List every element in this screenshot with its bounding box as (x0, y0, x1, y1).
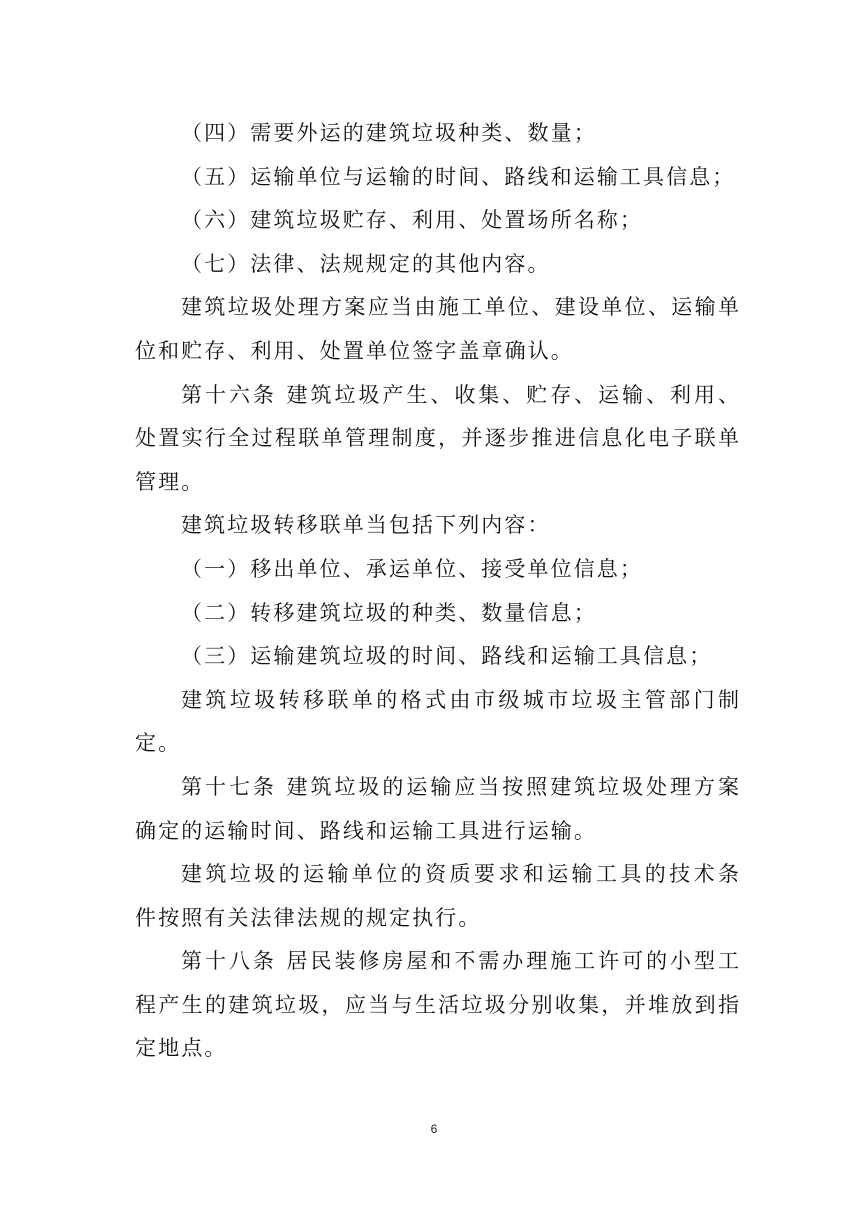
article-18-heading-line: 第十八条 居民装修房屋和不需办理施工许可的小型工 (135, 940, 739, 984)
list-item-5: （五）运输单位与运输的时间、路线和运输工具信息； (135, 156, 739, 200)
paragraph-line: 确定的运输时间、路线和运输工具进行运输。 (135, 810, 739, 854)
paragraph-line: 定地点。 (135, 1027, 739, 1071)
article-16-heading-line: 第十六条 建筑垃圾产生、收集、贮存、运输、利用、 (135, 374, 739, 418)
paragraph-line: 管理。 (135, 461, 739, 505)
document-page: （四）需要外运的建筑垃圾种类、数量； （五）运输单位与运输的时间、路线和运输工具… (0, 0, 868, 1227)
list-item-6: （六）建筑垃圾贮存、利用、处置场所名称； (135, 199, 739, 243)
article-17-heading-line: 第十七条 建筑垃圾的运输应当按照建筑垃圾处理方案 (135, 766, 739, 810)
paragraph-line: 建筑垃圾处理方案应当由施工单位、建设单位、运输单 (135, 286, 739, 330)
list-item-4: （四）需要外运的建筑垃圾种类、数量； (135, 112, 739, 156)
paragraph-line: 建筑垃圾转移联单当包括下列内容： (135, 504, 739, 548)
paragraph-line: 程产生的建筑垃圾，应当与生活垃圾分别收集，并堆放到指 (135, 984, 739, 1028)
page-number: 6 (0, 1122, 868, 1136)
paragraph-line: 件按照有关法律法规的规定执行。 (135, 897, 739, 941)
paragraph-line: 建筑垃圾转移联单的格式由市级城市垃圾主管部门制 (135, 679, 739, 723)
list-item-3: （三）运输建筑垃圾的时间、路线和运输工具信息； (135, 635, 739, 679)
paragraph-line: 处置实行全过程联单管理制度，并逐步推进信息化电子联单 (135, 417, 739, 461)
document-body: （四）需要外运的建筑垃圾种类、数量； （五）运输单位与运输的时间、路线和运输工具… (135, 112, 739, 1071)
list-item-7: （七）法律、法规规定的其他内容。 (135, 243, 739, 287)
paragraph-line: 建筑垃圾的运输单位的资质要求和运输工具的技术条 (135, 853, 739, 897)
list-item-2: （二）转移建筑垃圾的种类、数量信息； (135, 592, 739, 636)
paragraph-line: 定。 (135, 722, 739, 766)
list-item-1: （一）移出单位、承运单位、接受单位信息； (135, 548, 739, 592)
paragraph-line: 位和贮存、利用、处置单位签字盖章确认。 (135, 330, 739, 374)
